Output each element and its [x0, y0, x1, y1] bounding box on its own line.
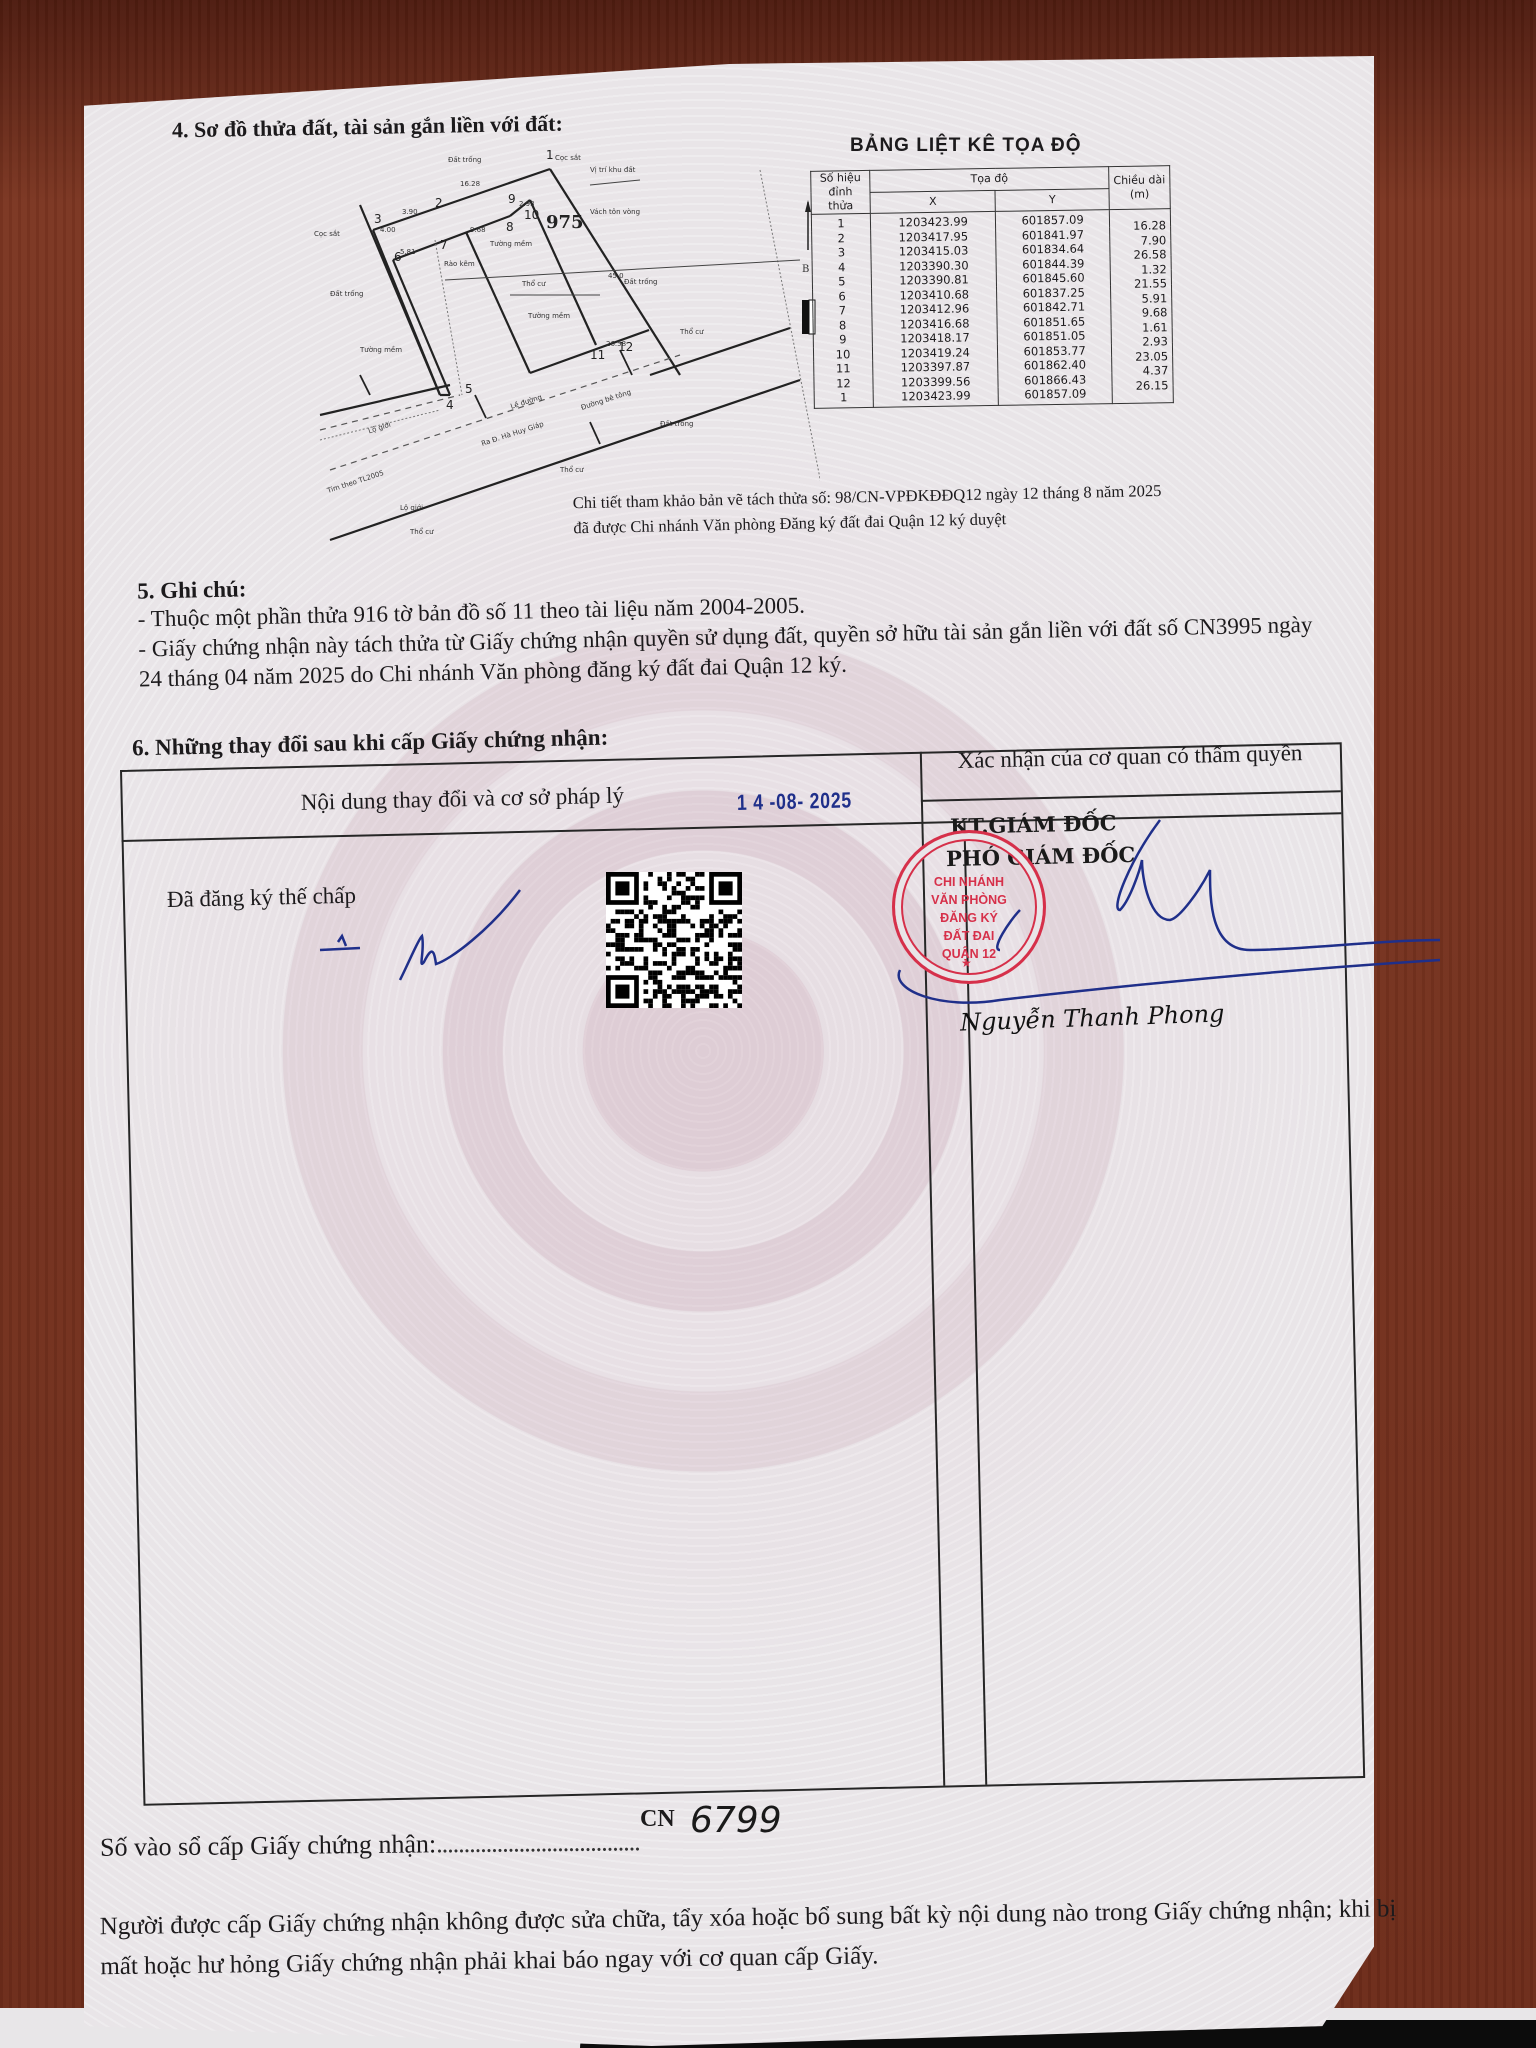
registry-dots: ..................................... — [436, 1827, 640, 1858]
edge-length: 4.00 — [380, 226, 396, 234]
registry-prefix: CN — [640, 1806, 675, 1833]
map-label: Đất trống — [448, 156, 481, 164]
map-label: Tường mềm — [490, 240, 532, 248]
qr-code-icon — [606, 872, 742, 1008]
qr-code — [606, 872, 742, 1008]
coord-cell-len: 1.32 — [1110, 262, 1171, 277]
coord-cell-vertex: 11 — [814, 361, 873, 376]
coord-cell-len: 4.37 — [1112, 363, 1173, 378]
vertex-label: 3 — [374, 212, 382, 226]
map-label: Thổ cư — [410, 528, 434, 536]
map-label: Thổ cư — [680, 328, 704, 336]
registry-line: Số vào sổ cấp Giấy chứng nhận:..........… — [100, 1827, 640, 1862]
col-x-header: X — [870, 190, 996, 213]
coord-table-title: BẢNG LIỆT KÊ TỌA ĐỘ — [850, 135, 1082, 157]
col-length-header: Chiều dài (m) — [1109, 166, 1171, 210]
map-label: Tường mềm — [360, 346, 402, 354]
coord-cell-vertex: 5 — [812, 274, 871, 289]
coord-cell-vertex: 10 — [813, 346, 872, 361]
map-label: Đất trống — [330, 290, 363, 298]
map-label: Thổ cư — [522, 280, 546, 288]
coord-cell-vertex: 3 — [812, 245, 871, 260]
coord-cell-len: 5.91 — [1111, 291, 1172, 306]
map-label: Rào kẽm — [444, 260, 475, 268]
map-label: Vách tôn vòng — [590, 208, 640, 216]
registry-number: 6799 — [690, 1800, 782, 1841]
coord-cell-y: 601857.09 — [998, 386, 1112, 405]
coord-cell-len — [1112, 392, 1173, 410]
coord-cell-vertex: 4 — [812, 259, 871, 274]
map-label: Tường mềm — [528, 312, 570, 320]
coord-cell-len: 2.93 — [1111, 334, 1172, 349]
coord-cell-len: 16.28 — [1109, 216, 1170, 234]
map-label: Cọc sắt — [314, 230, 340, 238]
coord-cell-len: 26.58 — [1110, 247, 1171, 262]
col-vertex-header: Số hiệu đỉnh thửa — [811, 170, 871, 214]
vertex-label: 9 — [508, 192, 516, 206]
vertex-label: 10 — [524, 208, 539, 222]
coordinate-table: Số hiệu đỉnh thửa Tọa độ Chiều dài (m) X… — [810, 165, 1174, 408]
parcel-number: 975 — [546, 212, 584, 233]
coord-cell-vertex: 8 — [813, 317, 872, 332]
vertex-label: 4 — [446, 398, 454, 412]
edge-length: 26.58 — [606, 340, 626, 348]
coord-cell-len: 23.05 — [1112, 349, 1173, 364]
coord-cell-vertex: 12 — [814, 375, 873, 390]
vertex-label: 2 — [435, 196, 443, 210]
coord-cell-vertex: 1 — [814, 390, 873, 408]
vertex-label: 7 — [440, 238, 448, 252]
coord-cell-y: 601857.09 — [996, 210, 1110, 229]
vertex-label: 1 — [546, 148, 554, 162]
map-label: Thổ cư — [560, 466, 584, 474]
coord-cell-len: 9.68 — [1111, 305, 1172, 320]
edge-length: 16.28 — [460, 180, 480, 188]
map-label: Đất trống — [660, 420, 693, 428]
map-label: Cọc sắt — [555, 154, 581, 162]
vertex-label: 5 — [465, 382, 473, 396]
map-label: Vị trí khu đất — [590, 166, 635, 174]
edge-length: 2.93 — [519, 200, 535, 208]
vertex-label: 11 — [590, 348, 605, 362]
coord-cell-x: 1203423.99 — [870, 211, 996, 230]
map-label: Lộ giới — [400, 504, 423, 512]
coord-cell-vertex: 6 — [813, 288, 872, 303]
map-label: Đất trống — [624, 278, 657, 286]
edge-length: 5.81 — [400, 248, 416, 256]
coord-cell-x: 1203423.99 — [873, 388, 999, 407]
col-y-header: Y — [995, 188, 1109, 211]
north-label: B — [802, 264, 809, 275]
edge-length: 9.68 — [470, 226, 486, 234]
registry-label: Số vào sổ cấp Giấy chứng nhận: — [100, 1829, 436, 1862]
date-stamp: 1 4 -08- 2025 — [737, 787, 853, 816]
registrar-signature — [300, 880, 560, 1000]
coord-cell-len: 26.15 — [1112, 378, 1173, 393]
coord-cell-len: 1.61 — [1111, 320, 1172, 335]
vertex-label: 8 — [506, 220, 514, 234]
edge-length: 45.0 — [608, 272, 624, 280]
coord-cell-len: 21.55 — [1110, 276, 1171, 291]
coord-cell-vertex: 9 — [813, 332, 872, 347]
coord-cell-vertex: 1 — [811, 213, 870, 231]
coord-cell-vertex: 7 — [813, 303, 872, 318]
coord-cell-len: 7.90 — [1110, 233, 1171, 248]
coord-cell-vertex: 2 — [812, 230, 871, 245]
edge-length: 3.90 — [402, 208, 418, 216]
